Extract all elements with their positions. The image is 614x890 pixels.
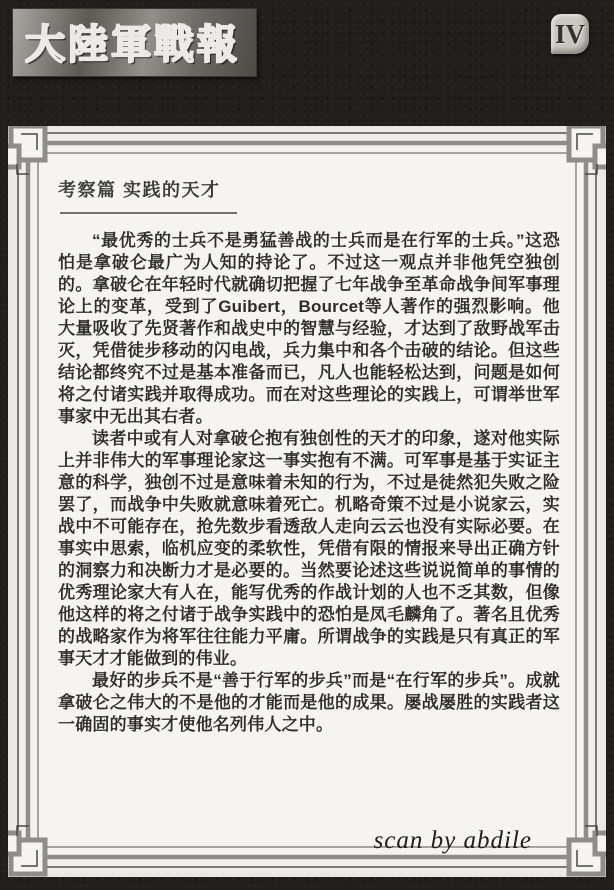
- paragraph-2: 读者中或有人对拿破仑抱有独创性的天才的印象，遂对他实际上并非伟大的军事理论家这一…: [58, 428, 560, 670]
- masthead-bar: 大陸軍戰報 IV: [0, 0, 614, 126]
- masthead-title: 大陸軍戰報: [25, 23, 240, 67]
- masthead-logo: 大陸軍戰報: [13, 9, 256, 76]
- scanned-page-background: 大陸軍戰報 IV 考察篇 实践的天: [0, 0, 614, 890]
- page-number-label: IV: [555, 19, 585, 50]
- paragraph-3: 最好的步兵不是“善于行军的步兵”而是“在行军的步兵”。成就拿破仑之伟大的不是他的…: [58, 670, 560, 736]
- page-number-badge: IV: [551, 14, 589, 54]
- page-body: 考察篇 实践的天才 “最优秀的士兵不是勇猛善战的士兵而是在行军的士兵。”这恐怕是…: [8, 126, 606, 877]
- article-title: 考察篇 实践的天才: [58, 176, 560, 202]
- scan-credit: scan by abdile: [374, 827, 532, 855]
- article: 考察篇 实践的天才 “最优秀的士兵不是勇猛善战的士兵而是在行军的士兵。”这恐怕是…: [58, 176, 560, 736]
- article-body: “最优秀的士兵不是勇猛善战的士兵而是在行军的士兵。”这恐怕是拿破仑最广为人知的持…: [58, 230, 560, 736]
- title-underline: [60, 212, 237, 214]
- paragraph-1: “最优秀的士兵不是勇猛善战的士兵而是在行军的士兵。”这恐怕是拿破仑最广为人知的持…: [58, 230, 560, 428]
